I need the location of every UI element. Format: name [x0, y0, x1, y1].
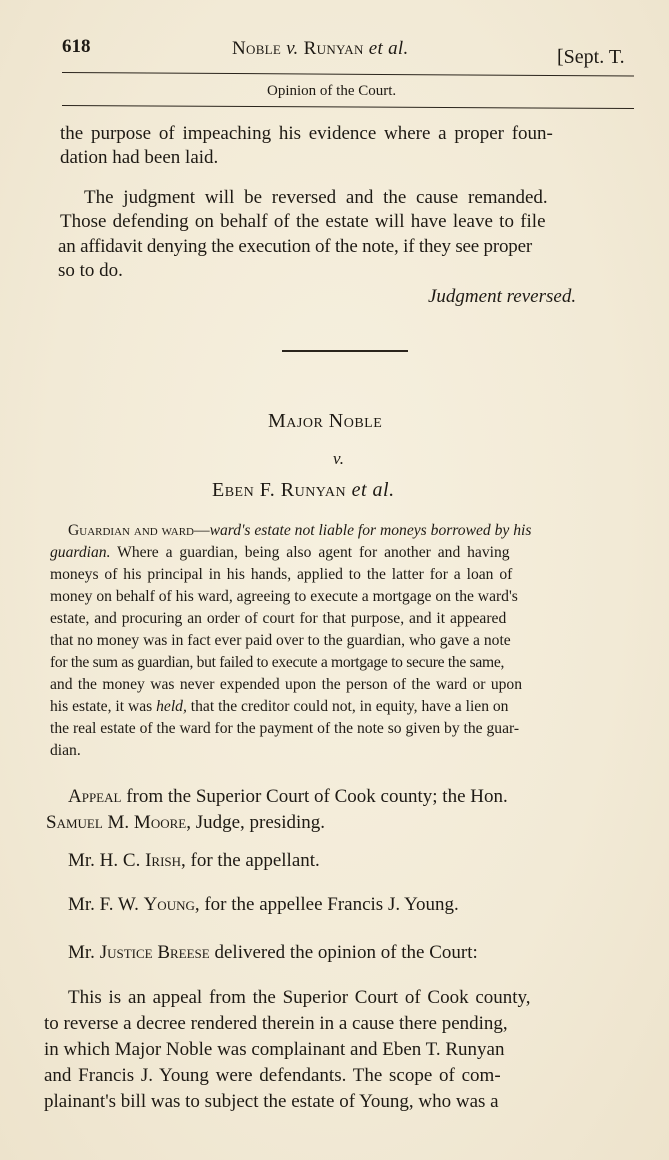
headnote-subtopic-end: guardian.	[50, 544, 111, 561]
text-line: an affidavit denying the execution of th…	[58, 236, 532, 258]
headnote-dash: —	[194, 522, 210, 539]
counsel-line: Mr. H. C. Irish, for the appellant.	[68, 850, 320, 872]
counsel-role: , for the appellant.	[181, 850, 320, 871]
justice-name: Justice Breese	[100, 942, 210, 963]
appeal-line: Samuel M. Moore, Judge, presiding.	[46, 812, 325, 834]
appeal-text: , Judge, presiding.	[186, 812, 325, 833]
defendant-name: Eben F. Runyan	[212, 479, 346, 501]
running-title-etal: et al.	[369, 38, 409, 59]
counsel-prefix: Mr. H. C.	[68, 850, 140, 871]
opinion-intro-text: delivered the opinion of the Court:	[214, 942, 477, 963]
headnote-line: for the sum as guardian, but failed to e…	[50, 654, 504, 672]
counsel-role: , for the appellee Francis J. Young.	[195, 894, 459, 915]
term-label: [Sept. T.	[557, 46, 625, 69]
counsel-name: Young	[144, 894, 195, 915]
appeal-text: from the Superior Court of Cook county; …	[126, 786, 508, 807]
headnote-line: that no money was in fact ever paid over…	[50, 632, 511, 650]
case-versus: v.	[333, 449, 345, 469]
headnote-line: dian.	[50, 742, 81, 760]
headnote-line: guardian. Where a guardian, being also a…	[50, 544, 510, 562]
headnote-text: that the creditor could not, in equity, …	[191, 698, 509, 715]
book-page: 618 Noble v. Runyan et al. [Sept. T. Opi…	[0, 0, 669, 1160]
opinion-intro: Mr. Justice Breese delivered the opinion…	[68, 942, 478, 964]
headnote-line: the real estate of the ward for the paym…	[50, 720, 519, 738]
headnote-line: money on behalf of his ward, agreeing to…	[50, 588, 518, 606]
disposition: Judgment reversed.	[428, 286, 576, 308]
page-number: 618	[62, 36, 91, 58]
counsel-line: Mr. F. W. Young, for the appellee Franci…	[68, 894, 459, 916]
judge-name: Samuel M. Moore	[46, 812, 186, 833]
headnote-held: held,	[156, 698, 187, 715]
opinion-line: plainant's bill was to subject the estat…	[44, 1091, 499, 1113]
defendant-etal: et al.	[352, 479, 395, 501]
opinion-line: This is an appeal from the Superior Cour…	[68, 987, 531, 1009]
headnote-text: Where a guardian, being also agent for a…	[117, 544, 509, 561]
running-title-party1: Noble	[232, 38, 281, 59]
headnote-line: and the money was never expended upon th…	[50, 676, 522, 694]
running-title-versus: v.	[286, 38, 298, 59]
appeal-line: Appeal from the Superior Court of Cook c…	[68, 786, 508, 808]
headnote-line: estate, and procuring an order of court …	[50, 610, 506, 628]
text-line: the purpose of impeaching his evidence w…	[60, 123, 553, 145]
opinion-line: and Francis J. Young were defendants. Th…	[44, 1065, 501, 1087]
text-line: Those defending on behalf of the estate …	[60, 211, 546, 233]
text-line: dation had been laid.	[60, 147, 218, 169]
headnote-subtopic: ward's estate not liable for moneys borr…	[210, 522, 532, 539]
section-label: Opinion of the Court.	[267, 83, 396, 100]
headnote-line: moneys of his principal in his hands, ap…	[50, 566, 512, 584]
appeal-word: Appeal	[68, 786, 121, 807]
plaintiff-name: Major Noble	[268, 410, 382, 433]
headnote-line: Guardian and ward—ward's estate not liab…	[68, 522, 531, 540]
headnote-topic: Guardian and ward	[68, 522, 194, 539]
opinion-line: in which Major Noble was complainant and…	[44, 1039, 504, 1061]
counsel-prefix: Mr. F. W.	[68, 894, 139, 915]
running-title-party2: Runyan	[304, 38, 364, 59]
opinion-intro-prefix: Mr.	[68, 942, 95, 963]
header-rule-bottom	[62, 105, 634, 109]
opinion-line: to reverse a decree rendered therein in …	[44, 1013, 508, 1035]
headnote-text: his estate, it was	[50, 698, 152, 715]
running-title: Noble v. Runyan et al.	[232, 38, 409, 60]
header-rule-top	[62, 72, 634, 76]
headnote-line: his estate, it was held, that the credit…	[50, 698, 508, 716]
text-line: The judgment will be reversed and the ca…	[84, 187, 548, 209]
case-separator-rule	[282, 350, 408, 352]
text-line: so to do.	[58, 260, 123, 282]
defendant-line: Eben F. Runyan et al.	[212, 479, 395, 502]
counsel-name: Irish	[145, 850, 181, 871]
